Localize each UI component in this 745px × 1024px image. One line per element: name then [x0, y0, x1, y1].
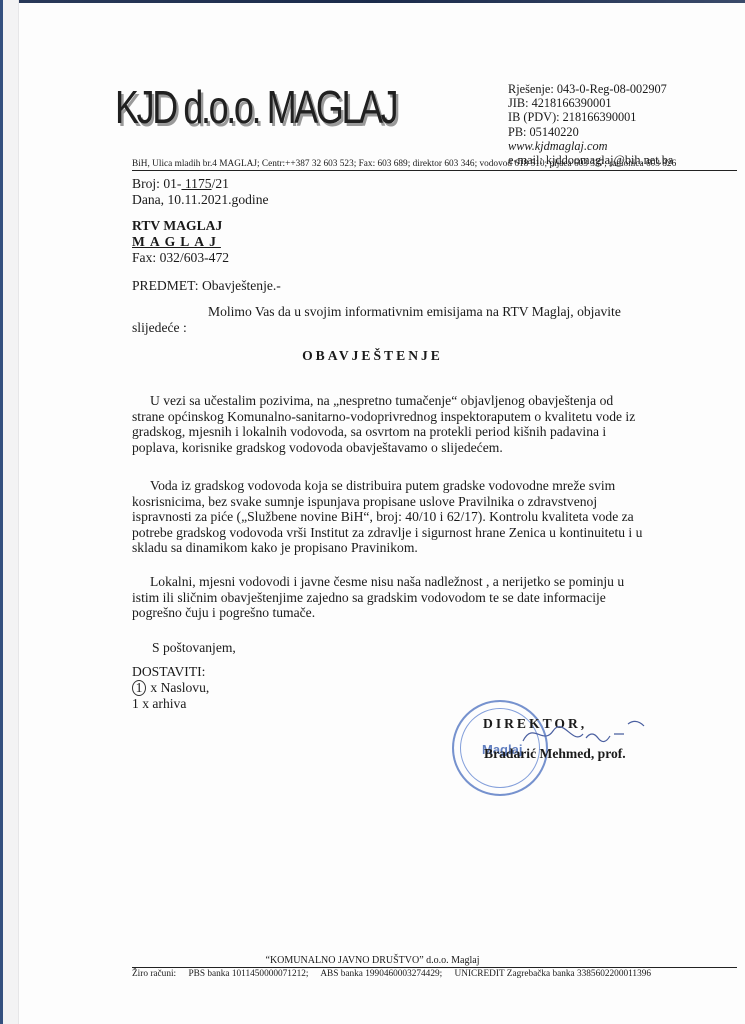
paragraph-2-text: Voda iz gradskog vodovoda koja se distri…	[132, 478, 642, 555]
intro-continuation: slijedeće :	[132, 320, 187, 336]
reference-prefix: Broj: 01-	[132, 176, 181, 191]
reference-suffix: /21	[212, 176, 229, 191]
signatory-name: Bradarić Mehmed, prof.	[484, 746, 626, 762]
notice-heading: OBAVJEŠTENJE	[0, 348, 745, 364]
paragraph-2: Voda iz gradskog vodovoda koja se distri…	[132, 478, 647, 556]
distribution-count: 1	[132, 696, 139, 711]
registration-number: Rješenje: 043-0-Reg-08-002907	[508, 82, 673, 96]
recipient-name: RTV MAGLAJ	[132, 218, 222, 234]
paragraph-3: Lokalni, mjesni vodovodi i javne česme n…	[132, 574, 647, 621]
subject-line: PREDMET: Obavještenje.-	[132, 278, 281, 294]
reference-number: Broj: 01- 1175/21	[132, 176, 229, 192]
distribution-item-text: x arhiva	[139, 696, 187, 711]
registration-block: Rješenje: 043-0-Reg-08-002907 JIB: 42181…	[508, 82, 673, 167]
scan-border-top	[0, 0, 745, 3]
scan-margin-left	[3, 0, 19, 1024]
distribution-item-text: x Naslovu,	[147, 680, 209, 695]
distribution-item: 1 x arhiva	[132, 696, 186, 712]
paragraph-1: U vezi sa učestalim pozivima, na „nespre…	[132, 393, 647, 455]
distribution-label: DOSTAVITI:	[132, 664, 205, 680]
paragraph-1-text: U vezi sa učestalim pozivima, na „nespre…	[132, 393, 635, 455]
footer-bank-accounts: Žiro računi: PBS banka 1011450000071212;…	[132, 967, 737, 979]
accounts-label: Žiro računi:	[132, 969, 176, 979]
jib-number: JIB: 4218166390001	[508, 96, 673, 110]
bank-account: ABS banka 1990460003274429;	[320, 969, 442, 979]
bank-account: PBS banka 1011450000071212;	[188, 969, 308, 979]
circled-count: 1	[132, 680, 146, 696]
pb-number: PB: 05140220	[508, 125, 673, 139]
website-link[interactable]: www.kjdmaglaj.com	[508, 139, 673, 153]
vat-number: IB (PDV): 218166390001	[508, 110, 673, 124]
intro-line: Molimo Vas da u svojim informativnim emi…	[208, 304, 621, 320]
recipient-fax: Fax: 032/603-472	[132, 250, 229, 266]
closing-salutation: S poštovanjem,	[152, 640, 236, 656]
company-logo: KJD d.o.o. MAGLAJ	[115, 80, 396, 134]
footer-company-name: “KOMUNALNO JAVNO DRUŠTVO” d.o.o. Maglaj	[0, 955, 745, 966]
paragraph-3-text: Lokalni, mjesni vodovodi i javne česme n…	[132, 574, 624, 620]
address-line: BiH, Ulica mladih br.4 MAGLAJ; Centr:++3…	[132, 159, 737, 171]
reference-value: 1175	[181, 176, 211, 191]
document-date: Dana, 10.11.2021.godine	[132, 192, 269, 208]
distribution-item: 1 x Naslovu,	[132, 680, 209, 696]
recipient-city: MAGLAJ	[132, 234, 221, 250]
bank-account: UNICREDIT Zagrebačka banka 3385602200011…	[455, 969, 651, 979]
